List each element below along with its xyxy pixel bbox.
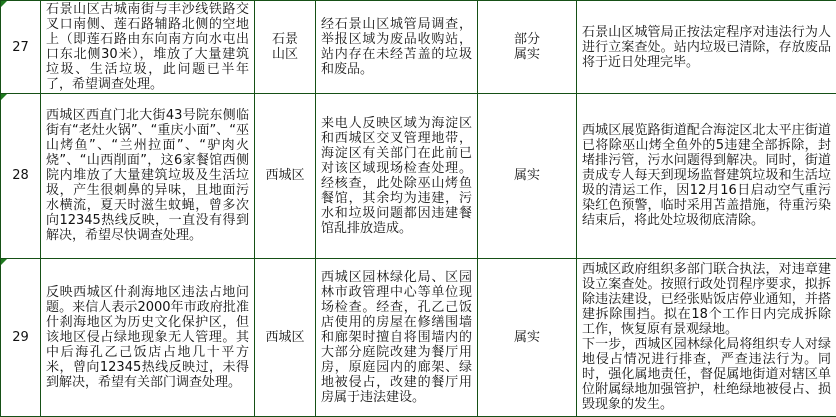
complaint-cell[interactable]: 西城区西直门北大街43号院东侧临街有“老灶火锅”、“重庆小面”、“巫山烤鱼”、“… — [41, 94, 255, 258]
resolution-cell[interactable]: 西城区展览路街道配合海淀区北太平庄街道已将除巫山烤全鱼外的5违建全部拆除，封堵排… — [577, 94, 836, 258]
row-number-cell[interactable]: 29 — [1, 258, 41, 416]
table-row: 28 西城区西直门北大街43号院东侧临街有“老灶火锅”、“重庆小面”、“巫山烤鱼… — [1, 94, 836, 258]
complaint-cell[interactable]: 反映西城区什刹海地区违法占地问题。来信人表示2000年市政府批准什刹海地区为历史… — [41, 258, 255, 416]
investigation-text: 西城区园林绿化局、区园林市政管理中心等单位现场检查。经查，孔乙己饭店使用的房屋在… — [321, 270, 472, 405]
row-number-cell[interactable]: 27 — [1, 1, 41, 94]
investigation-cell[interactable]: 西城区园林绿化局、区园林市政管理中心等单位现场检查。经查，孔乙己饭店使用的房屋在… — [316, 258, 478, 416]
verdict-label: 属实 — [514, 168, 540, 183]
verdict-label: 部分属实 — [512, 32, 542, 62]
row-number: 29 — [12, 330, 29, 345]
district-cell[interactable]: 西城区 — [255, 258, 316, 416]
resolution-text: 石景山区城管局正按法定程序对违法行为人进行立案查处。站内垃圾已清除，存放废品将于… — [582, 25, 831, 70]
verdict-cell[interactable]: 属实 — [478, 258, 577, 416]
investigation-cell[interactable]: 来电人反映区域为海淀区和西城区交叉管理地带，海淀区有关部门在此前已对该区域现场检… — [316, 94, 478, 258]
row-number-cell[interactable]: 28 — [1, 94, 41, 258]
complaint-text: 西城区西直门北大街43号院东侧临街有“老灶火锅”、“重庆小面”、“巫山烤鱼”、“… — [46, 108, 249, 243]
district-label: 石景山区 — [270, 32, 300, 62]
investigation-text: 经石景山区城管局调查，举报区域为废品收购站，站内存在未经苫盖的垃圾和废品。 — [321, 17, 472, 77]
table-row: 29 反映西城区什刹海地区违法占地问题。来信人表示2000年市政府批准什刹海地区… — [1, 258, 836, 416]
district-label: 西城区 — [265, 330, 304, 345]
district-label: 西城区 — [265, 168, 304, 183]
district-cell[interactable]: 石景山区 — [255, 1, 316, 94]
resolution-text: 西城区展览路街道配合海淀区北太平庄街道已将除巫山烤全鱼外的5违建全部拆除，封堵排… — [582, 123, 831, 228]
complaints-table: 27 石景山区古城南街与丰沙线铁路交叉口南侧、莲石路辅路北侧的空地上（即莲石路由… — [0, 0, 836, 417]
resolution-text: 西城区政府组织多部门联合执法，对违章建设立案查处。按照行政处罚程序要求，拟拆除违… — [582, 262, 831, 412]
complaint-text: 石景山区古城南街与丰沙线铁路交叉口南侧、莲石路辅路北侧的空地上（即莲石路由东向南… — [46, 2, 249, 92]
district-cell[interactable]: 西城区 — [255, 94, 316, 258]
investigation-cell[interactable]: 经石景山区城管局调查，举报区域为废品收购站，站内存在未经苫盖的垃圾和废品。 — [316, 1, 478, 94]
investigation-text: 来电人反映区域为海淀区和西城区交叉管理地带，海淀区有关部门在此前已对该区域现场检… — [321, 116, 472, 236]
verdict-cell[interactable]: 部分属实 — [478, 1, 577, 94]
verdict-label: 属实 — [514, 330, 540, 345]
row-number: 28 — [12, 168, 29, 183]
error-indicator-icon — [1, 259, 7, 265]
resolution-cell[interactable]: 石景山区城管局正按法定程序对违法行为人进行立案查处。站内垃圾已清除，存放废品将于… — [577, 1, 836, 94]
complaint-text: 反映西城区什刹海地区违法占地问题。来信人表示2000年市政府批准什刹海地区为历史… — [46, 285, 249, 390]
table-row: 27 石景山区古城南街与丰沙线铁路交叉口南侧、莲石路辅路北侧的空地上（即莲石路由… — [1, 1, 836, 94]
error-indicator-icon — [1, 1, 7, 7]
error-indicator-icon — [1, 94, 7, 100]
resolution-cell[interactable]: 西城区政府组织多部门联合执法，对违章建设立案查处。按照行政处罚程序要求，拟拆除违… — [577, 258, 836, 416]
row-number: 27 — [12, 40, 29, 55]
complaint-cell[interactable]: 石景山区古城南街与丰沙线铁路交叉口南侧、莲石路辅路北侧的空地上（即莲石路由东向南… — [41, 1, 255, 94]
verdict-cell[interactable]: 属实 — [478, 94, 577, 258]
